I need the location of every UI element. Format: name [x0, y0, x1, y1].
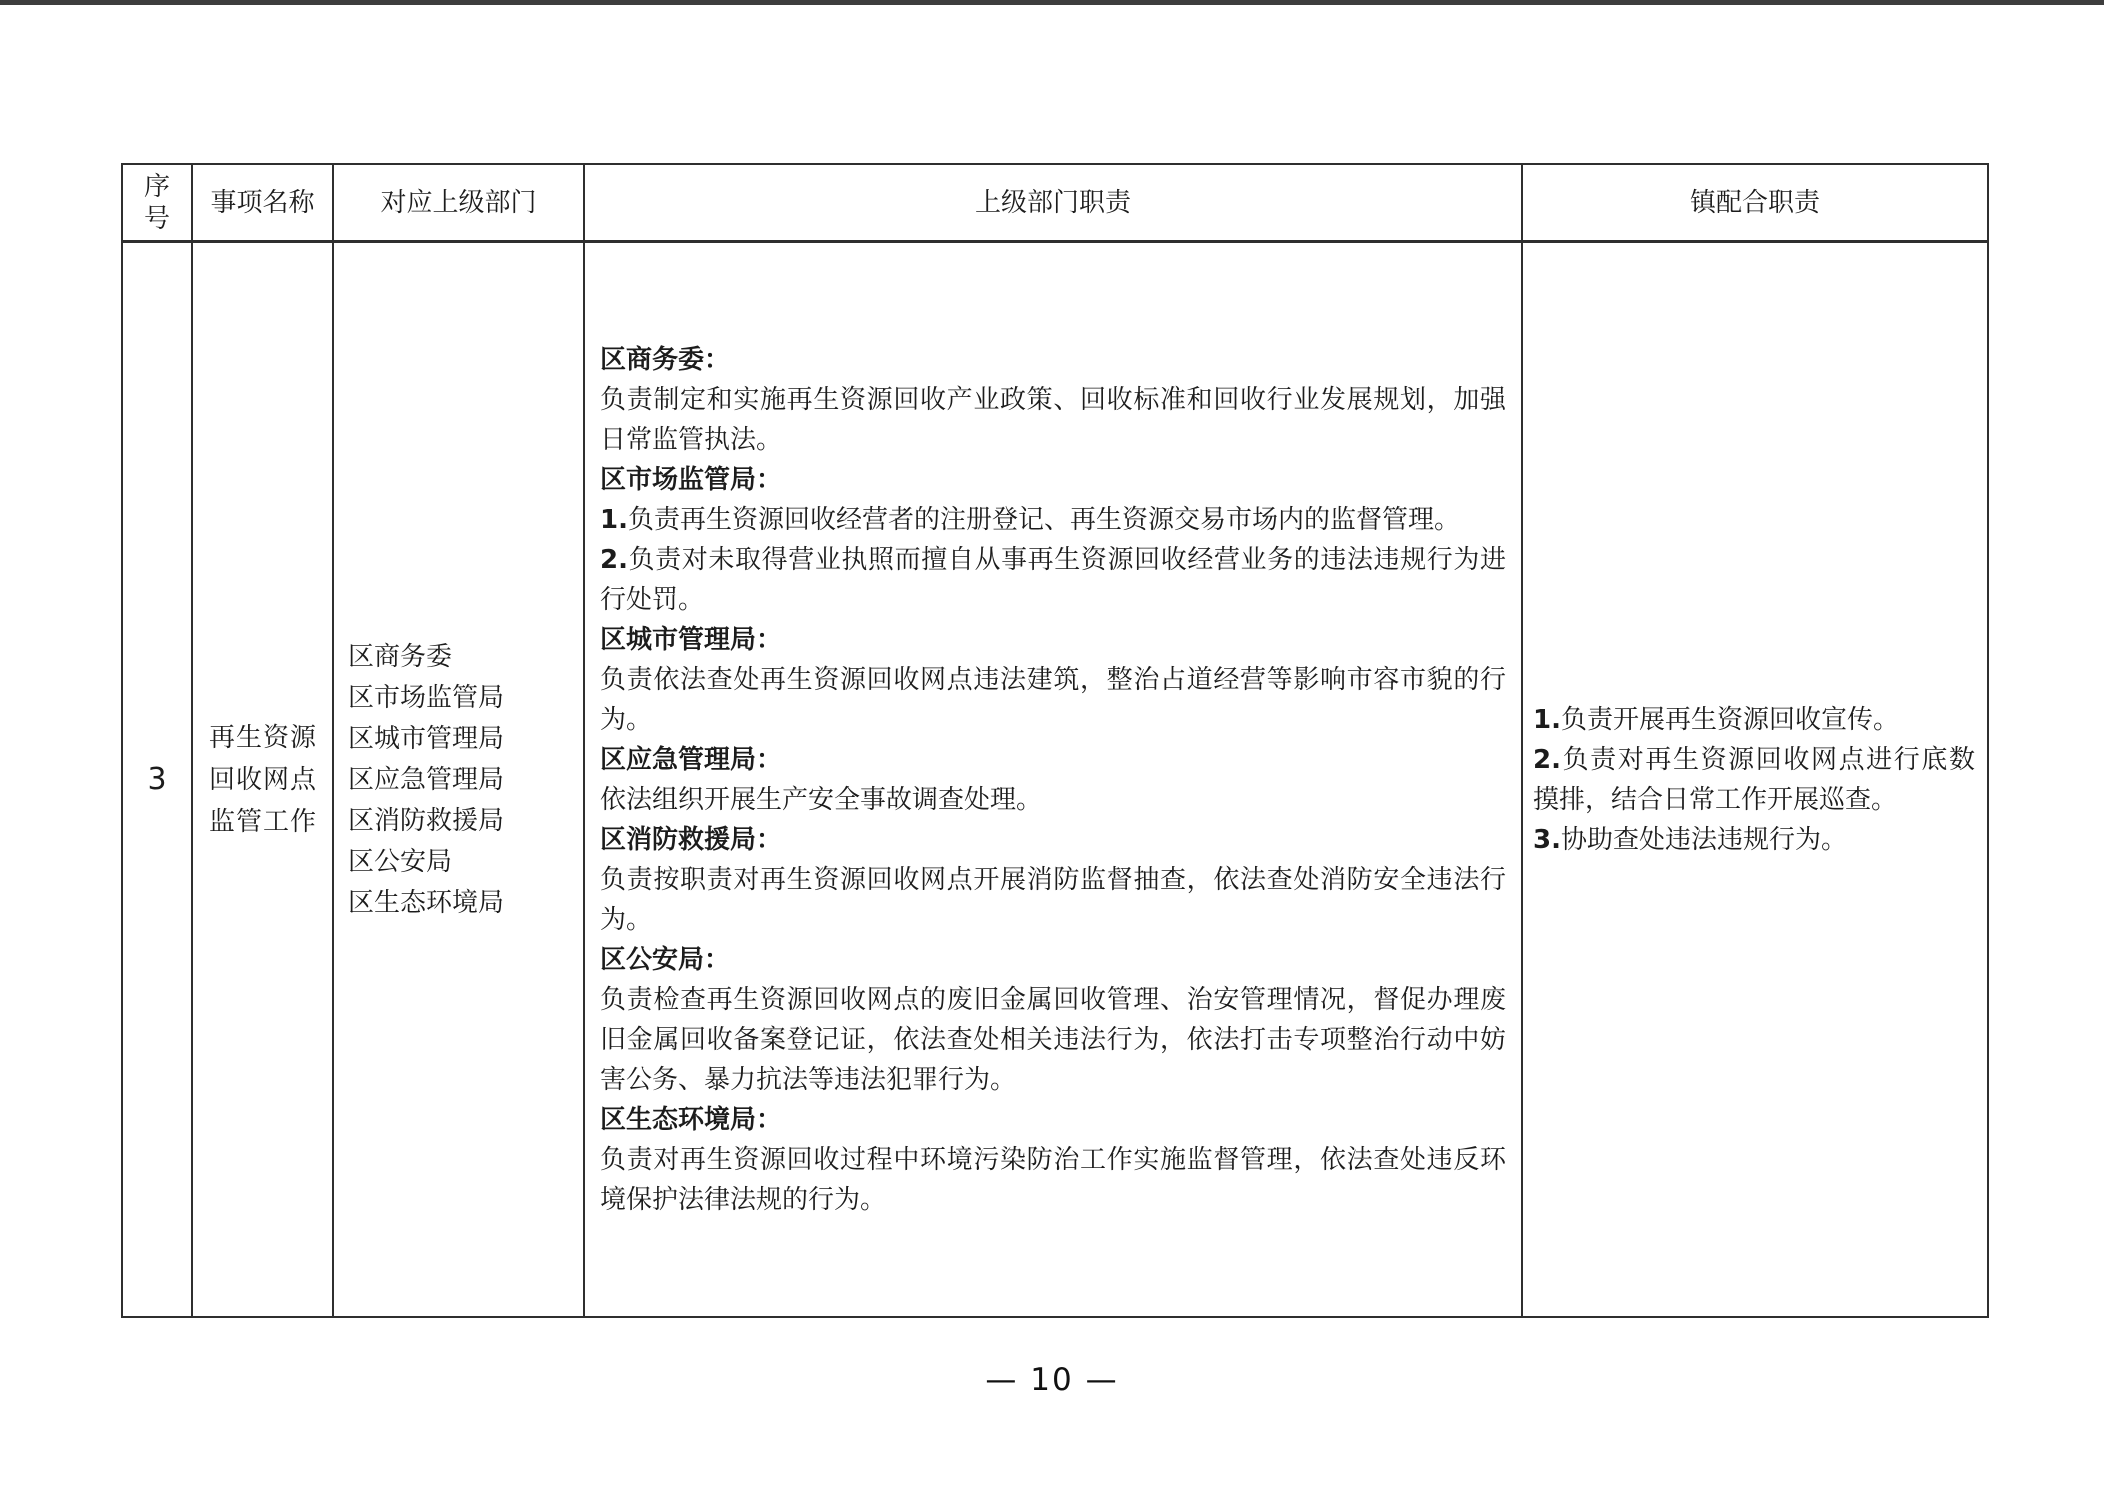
- department-item: 区市场监管局: [348, 677, 575, 718]
- duty-text: 2.负责对再生资源回收网点进行底数摸排，结合日常工作开展巡查。: [1533, 740, 1975, 820]
- department-duty-heading: 区公安局：: [600, 940, 1506, 980]
- duty-number: 3.: [1533, 825, 1561, 855]
- item-name-text: 再生资源 回收网点 监管工作: [209, 717, 316, 843]
- document-page: 序 号 事项名称 对应上级部门 上级部门职责 镇配合职责 3 再生资源 回收网点…: [0, 0, 2104, 1488]
- town-duty-list: 1.负责开展再生资源回收宣传。2.负责对再生资源回收网点进行底数摸排，结合日常工…: [1533, 700, 1975, 860]
- duty-text: 1.负责开展再生资源回收宣传。: [1533, 700, 1975, 740]
- table-row: 3 再生资源 回收网点 监管工作 区商务委区市场监管局区城市管理局区应急管理局区…: [122, 242, 1988, 1318]
- duty-number: 2.: [1533, 745, 1561, 775]
- cell-item-name: 再生资源 回收网点 监管工作: [192, 242, 333, 1318]
- department-duty-heading: 区消防救援局：: [600, 820, 1506, 860]
- header-row: 序 号 事项名称 对应上级部门 上级部门职责 镇配合职责: [122, 164, 1988, 242]
- top-border-bar: [0, 0, 2104, 5]
- duty-number: 2.: [600, 545, 628, 575]
- duty-text: 负责依法查处再生资源回收网点违法建筑，整治占道经营等影响市容市貌的行为。: [600, 660, 1506, 740]
- cell-superior-duties: 区商务委：负责制定和实施再生资源回收产业政策、回收标准和回收行业发展规划，加强日…: [584, 242, 1522, 1318]
- duty-text: 负责制定和实施再生资源回收产业政策、回收标准和回收行业发展规划，加强日常监管执法…: [600, 380, 1506, 460]
- department-item: 区应急管理局: [348, 759, 575, 800]
- cell-town-duties: 1.负责开展再生资源回收宣传。2.负责对再生资源回收网点进行底数摸排，结合日常工…: [1522, 242, 1988, 1318]
- department-duty-heading: 区商务委：: [600, 340, 1506, 380]
- department-item: 区生态环境局: [348, 882, 575, 923]
- header-item-name: 事项名称: [192, 164, 333, 242]
- page-number: — 10 —: [0, 1362, 2104, 1398]
- cell-departments: 区商务委区市场监管局区城市管理局区应急管理局区消防救援局区公安局区生态环境局: [333, 242, 584, 1318]
- department-item: 区城市管理局: [348, 718, 575, 759]
- duty-number: 1.: [1533, 705, 1561, 735]
- department-item: 区商务委: [348, 636, 575, 677]
- duty-number: 1.: [600, 505, 628, 535]
- department-duty-heading: 区应急管理局：: [600, 740, 1506, 780]
- department-duty-heading: 区市场监管局：: [600, 460, 1506, 500]
- department-duty-heading: 区生态环境局：: [600, 1100, 1506, 1140]
- duty-text: 负责检查再生资源回收网点的废旧金属回收管理、治安管理情况，督促办理废旧金属回收备…: [600, 980, 1506, 1100]
- header-town-duty: 镇配合职责: [1522, 164, 1988, 242]
- cell-index: 3: [122, 242, 192, 1318]
- duty-text: 1.负责再生资源回收经营者的注册登记、再生资源交易市场内的监督管理。: [600, 500, 1506, 540]
- header-index: 序 号: [122, 164, 192, 242]
- superior-duty-list: 区商务委：负责制定和实施再生资源回收产业政策、回收标准和回收行业发展规划，加强日…: [600, 340, 1506, 1220]
- header-department: 对应上级部门: [333, 164, 584, 242]
- department-list: 区商务委区市场监管局区城市管理局区应急管理局区消防救援局区公安局区生态环境局: [348, 636, 575, 923]
- header-superior-duty: 上级部门职责: [584, 164, 1522, 242]
- duties-table: 序 号 事项名称 对应上级部门 上级部门职责 镇配合职责 3 再生资源 回收网点…: [121, 163, 1989, 1318]
- department-item: 区公安局: [348, 841, 575, 882]
- duty-text: 负责对再生资源回收过程中环境污染防治工作实施监督管理，依法查处违反环境保护法律法…: [600, 1140, 1506, 1220]
- duty-text: 依法组织开展生产安全事故调查处理。: [600, 780, 1506, 820]
- duty-text: 2.负责对未取得营业执照而擅自从事再生资源回收经营业务的违法违规行为进行处罚。: [600, 540, 1506, 620]
- duty-text: 3.协助查处违法违规行为。: [1533, 820, 1975, 860]
- department-duty-heading: 区城市管理局：: [600, 620, 1506, 660]
- department-item: 区消防救援局: [348, 800, 575, 841]
- duty-text: 负责按职责对再生资源回收网点开展消防监督抽查，依法查处消防安全违法行为。: [600, 860, 1506, 940]
